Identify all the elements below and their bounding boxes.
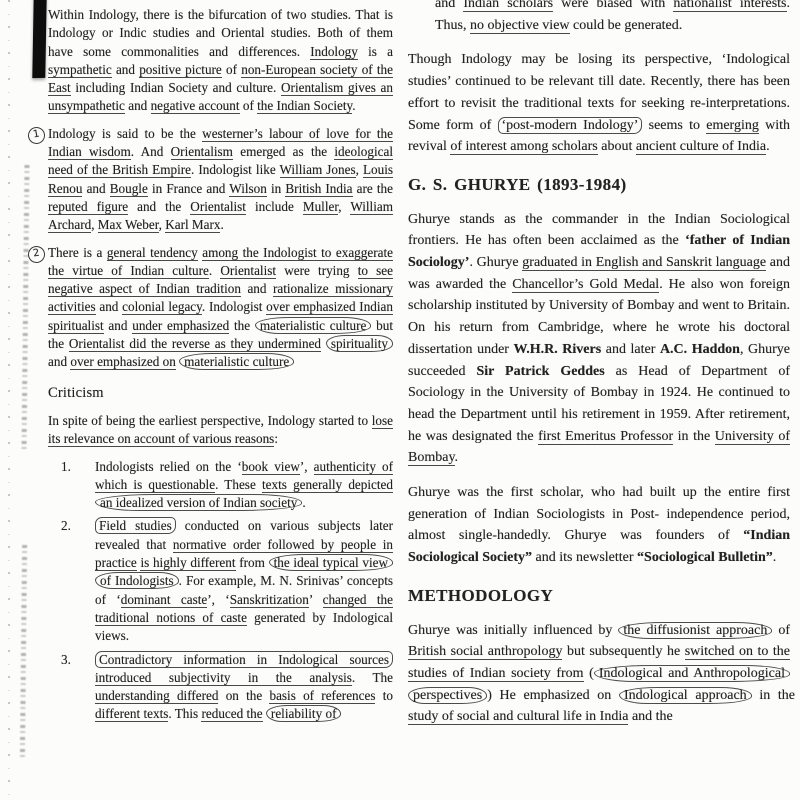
underlined-text: Sanskritization (230, 592, 309, 608)
text: and (104, 318, 133, 333)
underlined-text: British India (285, 181, 352, 197)
text: emerged as the (233, 144, 334, 159)
text: seems to (642, 118, 706, 133)
text: , (91, 217, 98, 232)
circled-text: spirituality (326, 335, 393, 352)
heading-methodology: METHODOLOGY (408, 585, 790, 607)
underlined-text: Orientalist (190, 199, 246, 215)
underlined-text: understanding differed (95, 688, 218, 704)
text: were trying (276, 263, 358, 278)
para-ghurye-bio: Ghurye stands as the commander in the In… (408, 209, 790, 469)
underlined-text: general tendency (107, 245, 198, 261)
text: to (375, 688, 393, 703)
text: and the (628, 709, 672, 724)
underlined-text: no objective view (470, 18, 570, 34)
boxed-text: Contradictory information in Indological… (95, 651, 393, 668)
text: . And (131, 144, 171, 159)
text: and (96, 299, 123, 314)
text: In spite of being the earliest perspecti… (48, 413, 372, 428)
para-indology-bifurcation: Within Indology, there is the bifurcatio… (48, 6, 393, 116)
heading-ghurye: G. S. GHURYE (1893-1984) (408, 174, 790, 196)
text: in the (752, 688, 795, 703)
text: Indologists relied on the ‘ (95, 459, 242, 474)
text: and (435, 0, 463, 11)
underlined-text: negative account (151, 98, 240, 114)
text: were biased with (553, 0, 673, 11)
text: and (125, 98, 151, 113)
handwritten-circle-marker: 2 (27, 244, 47, 264)
underlined-text: positive picture (139, 62, 222, 78)
text: of (240, 98, 258, 113)
text: of (772, 623, 790, 638)
text: could be generated. (570, 18, 683, 33)
underlined-text: of interest among scholars (450, 139, 597, 155)
list-item-number: 1. (61, 458, 71, 476)
margin-handwriting (22, 165, 30, 450)
margin-handwriting (20, 545, 27, 760)
text: about (598, 139, 636, 154)
text: . Indologist like (191, 162, 280, 177)
underlined-text: ancient culture of India (636, 139, 766, 155)
underlined-text: colonial legacy (122, 299, 202, 315)
para-indology-relevance: Though Indology may be losing its perspe… (408, 49, 790, 158)
text: ) He emphasized on (487, 688, 619, 703)
underlined-text: the Indian Society (257, 98, 352, 114)
circled-text: materialistic culture (179, 353, 294, 370)
underlined-text: different texts (95, 706, 168, 722)
underlined-text: Max Weber (98, 217, 159, 233)
text: ( (584, 666, 594, 681)
text: ’, (300, 459, 314, 474)
circled-text: Indological approach (619, 687, 752, 704)
text: and (48, 354, 70, 369)
underlined-text: over emphasized on (70, 354, 175, 370)
text: . (302, 495, 305, 510)
text: in (267, 181, 286, 196)
para-ghurye-first-scholar: Ghurye was the first scholar, who had bu… (408, 482, 790, 569)
text: . (352, 98, 355, 113)
underlined-text: study of social and cultural life in Ind… (408, 709, 628, 725)
underlined-text: Wilson (229, 181, 267, 197)
text: of (222, 62, 241, 77)
text: . (455, 450, 459, 465)
text: . (773, 550, 777, 565)
text: and the (128, 199, 190, 214)
para-methodology: Ghurye was initially influenced by the d… (408, 620, 790, 729)
underlined-text: British social anthropology (408, 644, 562, 660)
left-column: Within Indology, there is the bifurcatio… (48, 6, 393, 729)
page-edge-dots (8, 0, 10, 800)
text: in France and (148, 181, 229, 196)
bold-text: “Sociological Bulletin” (637, 550, 773, 565)
underlined-text: is highly different (140, 555, 235, 571)
underlined-text: Muller (303, 199, 338, 215)
para-indology-westerners-labour: 1Indology is said to be the westerner’s … (48, 125, 393, 235)
text: Indology is said to be the (48, 126, 202, 141)
text: including Indian Society and culture. (71, 80, 281, 95)
text: and (241, 281, 273, 296)
para-general-tendency: 2There is a general tendency among the I… (48, 244, 393, 372)
underlined-text: reduced the (201, 706, 262, 722)
text: . (766, 139, 770, 154)
text: ’, ‘ (207, 592, 229, 607)
text: in the (673, 429, 715, 444)
circled-text: an idealized version of Indian society (95, 494, 302, 511)
list-item: 1.Indologists relied on the ‘book view’,… (48, 458, 393, 513)
para-criticism-intro: In spite of being the earliest perspecti… (48, 412, 393, 449)
text: , (338, 199, 350, 214)
underlined-text: graduated in English and Sanskrit langua… (522, 255, 766, 271)
text: . (209, 263, 220, 278)
underlined-text: Orientalist did the reverse as they unde… (69, 336, 321, 352)
text: are the (353, 181, 393, 196)
text: and its newsletter (532, 550, 637, 565)
text: . These (215, 477, 262, 492)
text: , (356, 162, 363, 177)
handwritten-circle-marker: 1 (27, 125, 47, 145)
text: and (82, 181, 109, 196)
text: is a (358, 44, 393, 59)
underlined-text: Indology (310, 44, 358, 60)
circled-text: materialistic culture (255, 317, 372, 334)
underlined-text: Orientalism (171, 144, 233, 160)
criticism-list: 1.Indologists relied on the ‘book view’,… (48, 458, 393, 724)
scan-spine-shadow (32, 0, 46, 78)
underlined-text: nationalist interests (673, 0, 786, 12)
list-item-number: 2. (61, 517, 71, 535)
text: . (220, 217, 223, 232)
list-item: 3.Contradictory information in Indologic… (48, 651, 393, 724)
right-column: and Indian scholars were biased with nat… (408, 0, 790, 741)
text: . This (168, 706, 201, 721)
para-nationalist-interests: and Indian scholars were biased with nat… (408, 0, 790, 36)
text: There is a (48, 245, 107, 260)
underlined-text: Bougle (110, 181, 148, 197)
scanned-book-page: Within Indology, there is the bifurcatio… (0, 0, 800, 800)
text: include (246, 199, 303, 214)
text: the (229, 318, 255, 333)
bold-text: A.C. Haddon (660, 342, 740, 357)
circled-text: reliability of (266, 705, 342, 722)
text: and (112, 62, 139, 77)
bold-text: Sir Patrick Geddes (476, 364, 604, 379)
underlined-text: Chancellor’s Gold Medal (512, 277, 659, 293)
underlined-text: basis of references (269, 688, 375, 704)
underlined-text: Orientalist (220, 263, 276, 279)
text: . Indologist (202, 299, 266, 314)
text: . Ghurye (469, 255, 522, 270)
boxed-text: ‘post-modern Indology’ (498, 117, 643, 134)
text: and later (601, 342, 660, 357)
boxed-text: Field studies (95, 517, 176, 534)
text: Ghurye was the first scholar, who had bu… (408, 485, 790, 543)
text: : (274, 431, 278, 446)
heading-criticism: Criticism (48, 384, 393, 402)
text: . The (352, 670, 393, 685)
underlined-text: book view (242, 459, 300, 475)
underlined-text: Indian scholars (463, 0, 553, 12)
underlined-text: texts generally depicted (262, 477, 393, 493)
underlined-text: dominant caste (121, 592, 208, 608)
bold-text: W.H.R. Rivers (514, 342, 602, 357)
underlined-text: reputed figure (48, 199, 128, 215)
text: but subsequently he (562, 644, 684, 659)
circled-text: the diffusionist approach (618, 622, 772, 639)
text: on the (218, 688, 269, 703)
underlined-text: under emphasized (132, 318, 229, 334)
underlined-text: introduced subjectivity in the analysis (95, 670, 352, 686)
list-item-number: 3. (61, 651, 71, 669)
text: from (236, 555, 269, 570)
underlined-text: William Jones (280, 162, 356, 178)
underlined-text: sympathetic (48, 62, 112, 78)
underlined-text: first Emeritus Professor (538, 429, 673, 445)
underlined-text: emerging (706, 118, 759, 134)
text: Ghurye was initially influenced by (408, 623, 618, 638)
list-item: 2.Field studies conducted on various sub… (48, 517, 393, 645)
text: ’ (309, 592, 323, 607)
underlined-text: Karl Marx (165, 217, 220, 233)
